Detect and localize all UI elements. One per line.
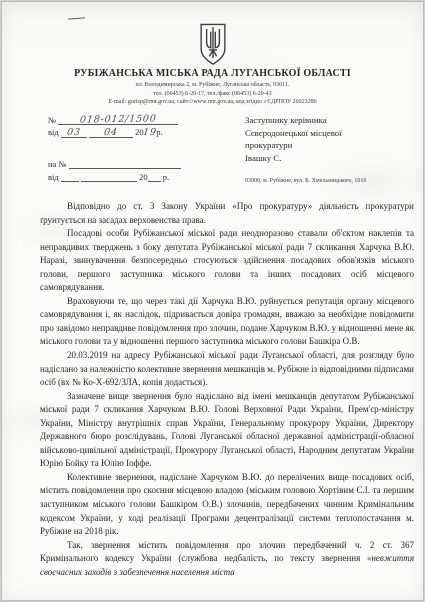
handwritten-day: 03 xyxy=(66,127,81,138)
recipient-block: Заступнику керівника Сєвєродонецької міс… xyxy=(245,114,417,188)
reply-year-prefix: 20 xyxy=(139,172,148,182)
org-name: РУБІЖАНСЬКА МІСЬКА РАДА ЛУГАНСЬКОЇ ОБЛАС… xyxy=(2,68,423,79)
recipient-line: прокуратури xyxy=(245,139,417,152)
paragraph: Колективне звернення, надіслане Харчуком… xyxy=(40,471,414,539)
outgoing-date-row: від 03 04 2019р. xyxy=(48,127,228,140)
ref-spacer xyxy=(48,140,228,158)
paragraph: Відповідно до ст. 3 Закону України «Про … xyxy=(40,200,414,227)
reply-number-label: на № xyxy=(48,159,67,169)
year-suffix: р. xyxy=(156,127,162,137)
paragraph: Посадові особи Рубіжанської міської ради… xyxy=(40,227,414,295)
incoming-date-row: від 20 р. xyxy=(48,171,228,184)
handwritten-dash-mark xyxy=(68,17,85,19)
paragraph: 20.03.2019 на адресу Рубіжанської місько… xyxy=(40,349,414,390)
paragraph: Зазначене вище звернення було надіслано … xyxy=(40,390,414,471)
org-email-line: E-mail: gorisp@rmr.gov.ua; сайт://www.rm… xyxy=(2,98,423,107)
recipient-line: Заступнику керівника xyxy=(245,114,417,127)
recipient-line: Сєвєродонецької місцевої xyxy=(245,127,417,140)
paragraph: Враховуючи те, що через такі дії Харчука… xyxy=(40,295,414,349)
day-field: 03 xyxy=(61,127,87,138)
incoming-number-row: на № xyxy=(48,158,228,171)
letter-paper: РУБІЖАНСЬКА МІСЬКА РАДА ЛУГАНСЬКОЇ ОБЛАС… xyxy=(1,1,424,601)
handwritten-year: 19 xyxy=(142,127,157,138)
org-phone-line: тел. (06453) 6-20-17, тел./факс (06453) … xyxy=(2,90,423,99)
ukraine-trident-emblem-icon xyxy=(197,22,228,72)
org-contacts: пл. Володимирська 2, м. Рубіжне, Лугансь… xyxy=(2,81,423,107)
incoming-year-field xyxy=(148,171,161,182)
recipient-address: 93000, м. Рубіжне, вул. Б. Хмельницького… xyxy=(245,175,417,188)
org-address-line: пл. Володимирська 2, м. Рубіжне, Лугансь… xyxy=(2,81,423,90)
reference-block: № 018-012/1500 від 03 04 2019р. на № від… xyxy=(48,114,228,184)
handwritten-month: 04 xyxy=(104,127,119,138)
incoming-number-field xyxy=(69,158,181,169)
reply-from-label: від xyxy=(48,172,59,182)
outgoing-number-row: № 018-012/1500 xyxy=(48,114,228,127)
month-field: 04 xyxy=(89,127,133,138)
recipient-line: Івашку С. xyxy=(245,152,417,165)
paragraph-with-quote: Так, звернення містить повідомлення про … xyxy=(40,539,414,580)
number-label: № xyxy=(48,115,56,125)
handwritten-outgoing-number: 018-012/1500 xyxy=(79,113,157,125)
paragraph-normal-run: Так, звернення містить повідомлення про … xyxy=(40,540,414,564)
outgoing-number-field: 018-012/1500 xyxy=(58,114,178,125)
from-label: від xyxy=(48,127,59,137)
incoming-month-field xyxy=(81,171,137,182)
letter-body: Відповідно до ст. 3 Закону України «Про … xyxy=(40,200,414,579)
reply-year-suffix: р. xyxy=(163,172,169,182)
incoming-day-field xyxy=(61,171,79,182)
scanned-letter-page: { "header": { "org_name": "РУБІЖАНСЬКА М… xyxy=(0,0,425,602)
